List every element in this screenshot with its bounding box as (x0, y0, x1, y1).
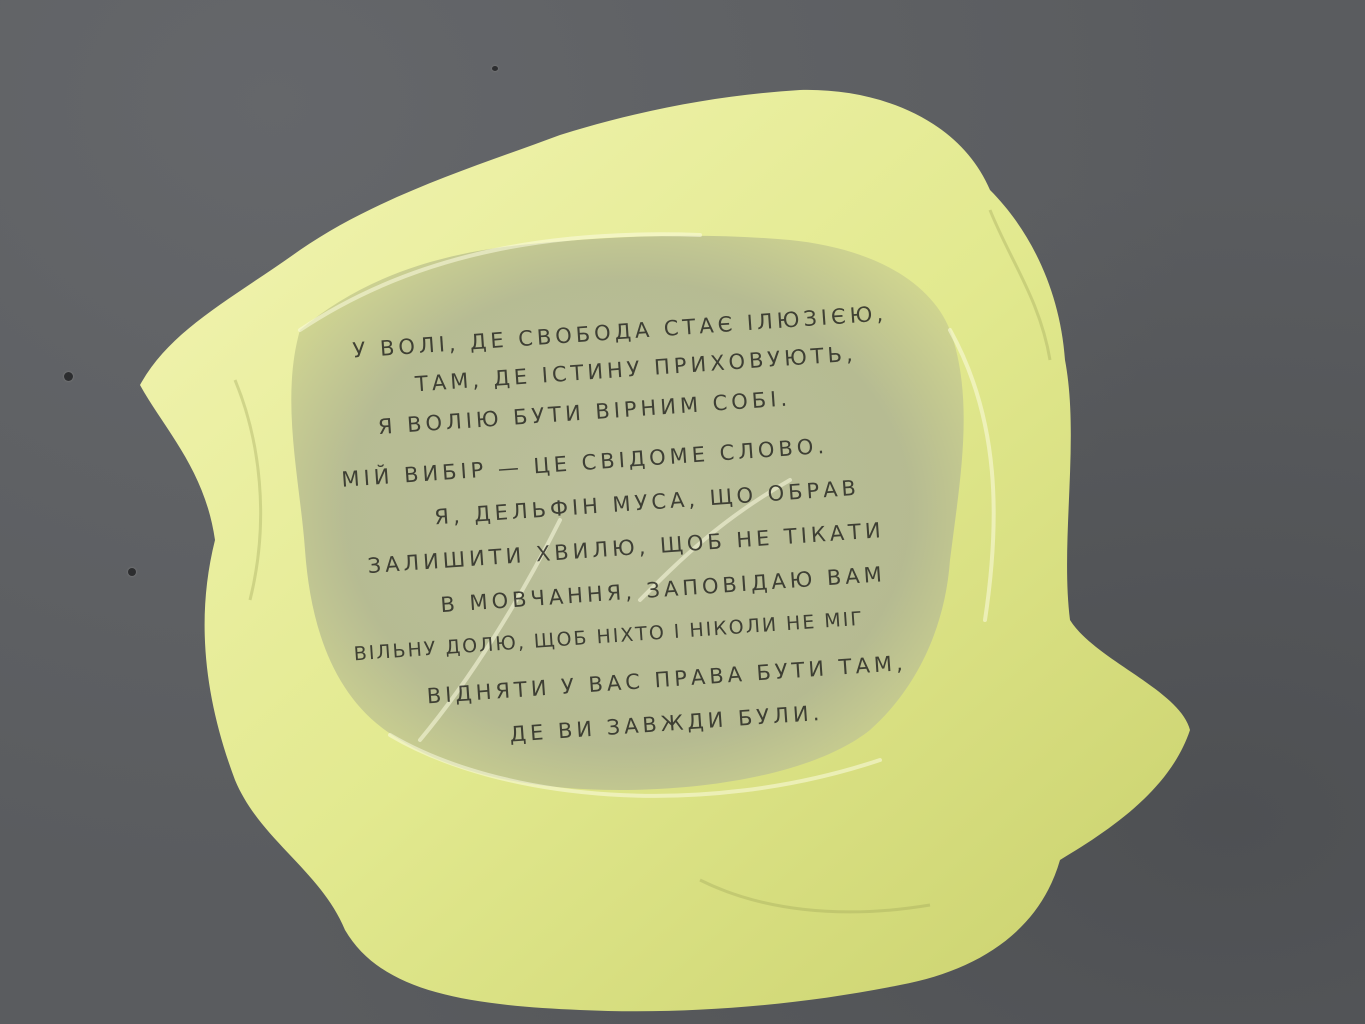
membrane-sheet (0, 0, 1365, 1024)
membrane-inner (291, 236, 963, 790)
scene-description: Translucent pale yellow-green crumpled m… (0, 0, 1, 1)
